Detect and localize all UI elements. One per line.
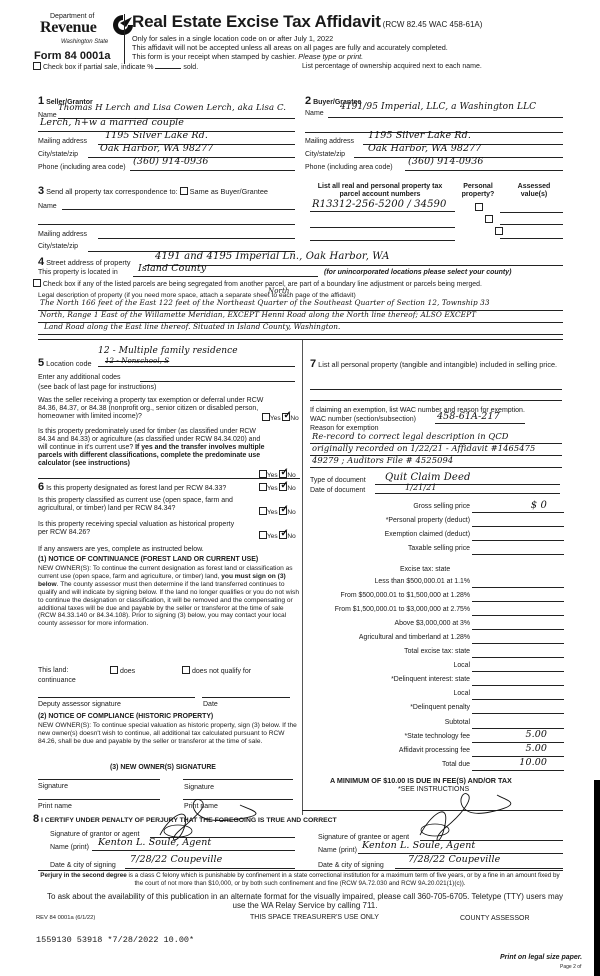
ownership-note: List percentage of ownership acquired ne… — [302, 63, 482, 71]
deputy-date-field[interactable] — [202, 690, 290, 698]
form-title: Real Estate Excise Tax Affidavit (RCW 82… — [132, 12, 482, 32]
yes-label: Yes — [270, 415, 281, 422]
correspondence-section-number: 3 — [38, 185, 44, 197]
tax-rate-row-underline — [472, 619, 564, 630]
property-section-number: 4 — [38, 256, 44, 268]
correspondence-city-label: City/state/zip — [38, 243, 78, 251]
buyer-city-label: City/state/zip — [305, 151, 345, 159]
agency-state-label: Washington State — [61, 39, 108, 46]
q-forest-no-checkbox[interactable] — [279, 483, 287, 491]
tax-rate-row-label: Above $3,000,000 at 3% — [300, 620, 470, 628]
tax-row-label: *Personal property (deduct) — [310, 517, 470, 525]
q-exemption-text: Was the seller receiving a property tax … — [38, 397, 268, 421]
section-6-number: 6 — [38, 481, 44, 493]
tax-rate-row-underline — [472, 633, 564, 644]
location-code-label-text: Location code — [46, 359, 91, 368]
location-code-field[interactable]: 12 - Multiple family residence — [98, 346, 238, 356]
partial-sale-suffix: sold. — [183, 64, 198, 71]
does-option: does — [110, 666, 135, 676]
tax-rate-row-value-field[interactable]: 10.00 — [472, 758, 547, 769]
tax-rate-row-label: Local — [300, 662, 470, 670]
tax-rate-row-underline — [472, 577, 564, 588]
correspondence-mailing-label: Mailing address — [38, 231, 87, 239]
q-exemption-yes-checkbox[interactable] — [262, 413, 270, 421]
personal-property-header: Personal property? — [458, 183, 498, 199]
does-checkbox[interactable] — [110, 666, 118, 674]
buyer-section-number: 2 — [305, 95, 311, 107]
section-7-label: 7 List all personal property (tangible a… — [310, 358, 560, 371]
tax-rate-row-label: *Delinquent penalty — [300, 704, 470, 712]
buyer-mailing-label: Mailing address — [305, 138, 354, 146]
parcel-number-3[interactable] — [310, 229, 455, 241]
same-as-buyer-checkbox[interactable] — [180, 187, 188, 195]
tax-rate-row-underline — [472, 689, 564, 700]
doc-date-label: Date of document — [310, 487, 365, 495]
yes-label: Yes — [267, 533, 278, 540]
partial-sale-checkbox[interactable] — [33, 62, 41, 70]
does-not-option: does not qualify for — [182, 666, 251, 676]
tax-rate-row-label: From $1,500,000.01 to $3,000,000 at 2.75… — [300, 606, 470, 614]
tax-rate-row-label: *Delinquent interest: state — [300, 676, 470, 684]
q-timber-yes-checkbox[interactable] — [259, 470, 267, 478]
tax-rate-row-value-field[interactable]: 5.00 — [472, 730, 547, 741]
seller-name-field[interactable]: Thomas H Lerch and Lisa Cowen Lerch, aka… — [58, 104, 286, 114]
correspondence-label: Send all property tax correspondence to: — [46, 187, 177, 196]
q-current-use-text: Is this property classified as current u… — [38, 497, 243, 513]
street-field[interactable]: 4191 and 4195 Imperial Ln., Oak Harbor, … — [155, 251, 389, 263]
buyer-city-field[interactable]: Oak Harbor, WA 98277 — [368, 144, 481, 155]
q-historic-yes-checkbox[interactable] — [259, 531, 267, 539]
buyer-name-label: Name — [305, 110, 324, 118]
reason-line-2[interactable]: originally recorded on 1/22/21 - Affidav… — [312, 444, 535, 454]
tax-rate-row-label: Local — [300, 690, 470, 698]
location-section-number: 5 — [38, 357, 44, 369]
q-historic-text: Is this property receiving special valua… — [38, 521, 243, 537]
q-timber-no-checkbox[interactable] — [279, 470, 287, 478]
tax-row-value-underline — [472, 530, 564, 541]
notice-1-body-b: . The county assessor must then determin… — [38, 581, 299, 628]
located-county-field[interactable]: Island County — [138, 264, 206, 275]
correspondence-name-field[interactable] — [62, 198, 295, 210]
parcel-2-personal-checkbox[interactable] — [485, 215, 493, 223]
personal-property-line-2[interactable] — [310, 393, 562, 401]
partial-sale-row: Check box if partial sale, indicate % so… — [33, 62, 198, 72]
q-exemption-answer: Yes No — [262, 413, 299, 422]
tax-row-value-field[interactable]: $ 0 — [472, 500, 547, 512]
does-label: does — [120, 668, 135, 675]
notice-1-body: NEW OWNER(S): To continue the current de… — [38, 565, 300, 628]
notice-1-heading: (1) NOTICE OF CONTINUANCE (FOREST LAND O… — [38, 556, 258, 564]
new-owner-signature-2-field[interactable] — [183, 772, 293, 780]
wac-label: WAC number (section/subsection) — [310, 416, 416, 424]
deputy-date-label: Date — [203, 701, 218, 709]
q-historic-answer: Yes No — [259, 531, 296, 540]
tax-rate-row-label: Total due — [300, 761, 470, 769]
revision-label: REV 84 0001a (6/1/22) — [36, 915, 95, 922]
section-5-bottom-rule — [38, 478, 300, 479]
seller-mailing-field[interactable]: 1195 Silver Lake Rd. — [105, 131, 208, 142]
tax-rate-row-label: Subtotal — [300, 719, 470, 727]
seller-section-number: 1 — [38, 95, 44, 107]
location-code-struck: 12 - Nonschool, S — [105, 357, 169, 365]
grantee-name-label: Name (print) — [318, 847, 357, 855]
q-timber-text: Is this property predominately used for … — [38, 428, 270, 468]
grantor-date-city-label: Date & city of signing — [50, 862, 116, 870]
legal-paper-note: Print on legal size paper. — [500, 954, 582, 962]
seller-phone-label: Phone (including area code) — [38, 164, 126, 172]
correspondence-heading: 3 Send all property tax correspondence t… — [38, 185, 268, 198]
tax-row-value-underline — [472, 544, 564, 555]
assessed-value-header: Assessed value(s) — [505, 183, 563, 199]
buyer-phone-label: Phone (including area code) — [305, 164, 393, 172]
additional-codes-label: Enter any additional codes — [38, 374, 121, 382]
tax-rate-row-underline — [472, 718, 564, 729]
buyer-phone-field[interactable]: (360) 914-0936 — [408, 157, 483, 168]
new-owner-signature-heading: (3) NEW OWNER(S) SIGNATURE — [110, 764, 216, 772]
legal-description-line-3[interactable]: Land Road along the East line thereof. S… — [44, 323, 340, 331]
signature-label-2: Signature — [184, 784, 214, 792]
q-forest-row: 6 Is this property designated as forest … — [38, 481, 226, 494]
same-as-buyer-label: Same as Buyer/Grantee — [190, 187, 268, 196]
header-divider — [124, 14, 125, 64]
title-text: Real Estate Excise Tax Affidavit — [132, 12, 381, 31]
deputy-signature-label: Deputy assessor signature — [38, 701, 121, 709]
doc-type-field[interactable]: Quit Claim Deed — [385, 472, 470, 484]
parcel-number-2[interactable] — [310, 216, 455, 228]
legal-insert-note: North — [268, 287, 290, 295]
doc-date-underline — [375, 485, 560, 494]
tax-rate-row-label: From $500,000.01 to $1,500,000 at 1.28% — [300, 592, 470, 600]
seller-name-line2-field[interactable]: Lerch, h+w a married couple — [40, 118, 184, 129]
tax-row-label: Exemption claimed (deduct) — [310, 531, 470, 539]
additional-codes-field[interactable] — [140, 371, 295, 382]
section-7-label-text: List all personal property (tangible and… — [318, 360, 557, 369]
tax-rate-row-underline — [472, 703, 564, 714]
grantee-date-city-label: Date & city of signing — [318, 862, 384, 870]
new-owner-signature-1-field[interactable] — [38, 772, 160, 780]
buyer-mailing-field[interactable]: 1195 Silver Lake Rd. — [368, 131, 471, 142]
segregated-row: Check box if any of the listed parcels a… — [33, 279, 482, 289]
correspondence-name2-field[interactable] — [38, 213, 295, 225]
tax-rate-row-value-field[interactable]: 5.00 — [472, 744, 547, 755]
located-label: This property is located in — [38, 269, 118, 277]
seller-phone-field[interactable]: (360) 914-0936 — [133, 157, 208, 168]
minimum-due-note: A MINIMUM OF $10.00 IS DUE IN FEE(S) AND… — [330, 777, 512, 785]
tax-row-value-underline — [472, 516, 564, 527]
street-label: 4 Street address of property — [38, 256, 131, 269]
correspondence-name-label: Name — [38, 203, 57, 211]
tax-row-label: Gross selling price — [310, 503, 470, 511]
street-label-text: Street address of property — [46, 258, 130, 267]
does-not-checkbox[interactable] — [182, 666, 190, 674]
grantor-name-label: Name (print) — [50, 844, 89, 852]
section-7-number: 7 — [310, 358, 316, 370]
q-current-use-no-checkbox[interactable] — [279, 507, 287, 515]
partial-sale-label: Check box if partial sale, indicate % — [43, 64, 154, 71]
title-ref: (RCW 82.45 WAC 458-61A) — [383, 20, 483, 29]
additional-codes-note: (see back of last page for instructions) — [38, 384, 156, 392]
if-yes-note: If any answers are yes, complete as inst… — [38, 546, 204, 554]
q-current-use-yes-checkbox[interactable] — [259, 507, 267, 515]
treasurer-space-label: THIS SPACE TREASURER'S USE ONLY — [250, 914, 379, 922]
tax-rate-row-label: Total excise tax: state — [300, 648, 470, 656]
legal-description-line-2[interactable]: North, Range 1 East of the Willamette Me… — [40, 311, 476, 319]
parcel-number-1[interactable]: R13312-256-5200 / 34590 — [312, 199, 446, 211]
grantor-date-city-field[interactable]: 7/28/22 Coupeville — [130, 855, 222, 866]
grantee-signature-scribble — [405, 790, 515, 845]
located-note: (for unincorporated locations please sel… — [324, 269, 511, 277]
perjury-notice: Perjury in the second degree is a class … — [40, 872, 560, 887]
parcels-header: List all real and personal property tax … — [310, 183, 450, 199]
grantee-name-field[interactable]: Kenton L. Soule, Agent — [362, 841, 475, 852]
section-4-bottom-rule — [38, 339, 563, 340]
tax-rate-row-underline — [472, 591, 564, 602]
continuance-label: continuance — [38, 677, 76, 685]
notice-2-body: NEW OWNER(S): To continue special valuat… — [38, 722, 300, 746]
legal-description-line-1[interactable]: The North 166 feet of the East 122 feet … — [40, 299, 490, 307]
this-land-label: This land: — [38, 667, 68, 675]
excise-tax-heading: Excise tax: state — [400, 566, 450, 574]
location-code-label: 5 Location code — [38, 357, 92, 370]
certify-section-number: 8 — [33, 813, 39, 825]
deputy-signature-field[interactable] — [38, 690, 195, 698]
tax-rate-row-underline — [472, 605, 564, 616]
signature-label-1: Signature — [38, 783, 68, 791]
yes-label: Yes — [267, 509, 278, 516]
tax-rate-row-underline — [472, 675, 564, 686]
segregated-checkbox[interactable] — [33, 279, 41, 287]
tax-rate-row-label: *State technology fee — [300, 733, 470, 741]
tax-rate-row-label: Affidavit processing fee — [300, 747, 470, 755]
seller-mailing-label: Mailing address — [38, 138, 87, 146]
parcel-1-personal-checkbox[interactable] — [475, 203, 483, 211]
perjury-text: is a class C felony which is punishable … — [127, 872, 560, 887]
correspondence-mailing-field[interactable] — [98, 227, 295, 239]
does-not-label: does not qualify for — [192, 668, 251, 675]
q-forest-answer: Yes No — [259, 483, 296, 492]
print-name-label-1: Print name — [38, 803, 72, 811]
buyer-name-field[interactable]: 4191/95 Imperial, LLC, a Washington LLC — [340, 102, 536, 112]
header-note-3-text: This form is your receipt when stamped b… — [132, 52, 296, 61]
q-historic-no-checkbox[interactable] — [279, 531, 287, 539]
tax-rate-row-label: Agricultural and timberland at 1.28% — [300, 634, 470, 642]
seller-city-field[interactable]: Oak Harbor, WA 98277 — [100, 144, 213, 155]
grantor-name-field[interactable]: Kenton L. Soule, Agent — [98, 838, 211, 849]
yes-label: Yes — [267, 485, 278, 492]
receipt-stamp: 1559130 53918 *7/28/2022 10.00* — [36, 936, 194, 946]
segregated-label: Check box if any of the listed parcels a… — [43, 281, 482, 288]
parcel-1-assessed-field[interactable] — [500, 203, 563, 213]
reason-line-3[interactable]: 49279 ; Auditors File # 4525094 — [312, 456, 453, 466]
agency-revenue-label: Revenue — [40, 19, 97, 37]
q-exemption-no-checkbox[interactable] — [282, 413, 290, 421]
header-note-3: This form is your receipt when stamped b… — [132, 53, 363, 61]
doc-type-label: Type of document — [310, 477, 366, 485]
wac-field[interactable]: 458-61A-217 — [437, 412, 500, 423]
tax-rate-row-underline — [472, 661, 564, 672]
county-assessor-label: COUNTY ASSESSOR — [460, 915, 530, 923]
doc-date-field[interactable]: 1/21/21 — [405, 483, 437, 492]
tax-row-label: Taxable selling price — [310, 545, 470, 553]
page-number: Page 2 of — [560, 965, 581, 971]
parcel-3-assessed-field[interactable] — [500, 229, 563, 239]
form-number: Form 84 0001a — [34, 50, 110, 63]
reason-line-1[interactable]: Re-record to correct legal description i… — [312, 432, 509, 442]
partial-sale-percent-field[interactable] — [155, 68, 181, 69]
personal-property-line-1[interactable] — [310, 382, 562, 390]
q-forest-text: Is this property designated as forest la… — [46, 485, 226, 492]
q-forest-yes-checkbox[interactable] — [259, 483, 267, 491]
grantee-date-city-field[interactable]: 7/28/22 Coupeville — [408, 855, 500, 866]
seller-city-label: City/state/zip — [38, 151, 78, 159]
perjury-bold: Perjury in the second degree — [40, 872, 126, 879]
parcel-2-assessed-field[interactable] — [500, 215, 563, 225]
q-current-use-answer: Yes No — [259, 507, 296, 516]
notice-2-heading: (2) NOTICE OF COMPLIANCE (HISTORIC PROPE… — [38, 713, 213, 721]
tax-rate-row-label: Less than $500,000.01 at 1.1% — [300, 578, 470, 586]
tax-rate-row-underline — [472, 647, 564, 658]
header-note-italic: Please type or print. — [298, 52, 363, 61]
perjury-top-rule — [38, 870, 563, 871]
accessibility-notice: To ask about the availability of this pu… — [40, 892, 570, 910]
scan-edge-bar — [594, 780, 600, 976]
